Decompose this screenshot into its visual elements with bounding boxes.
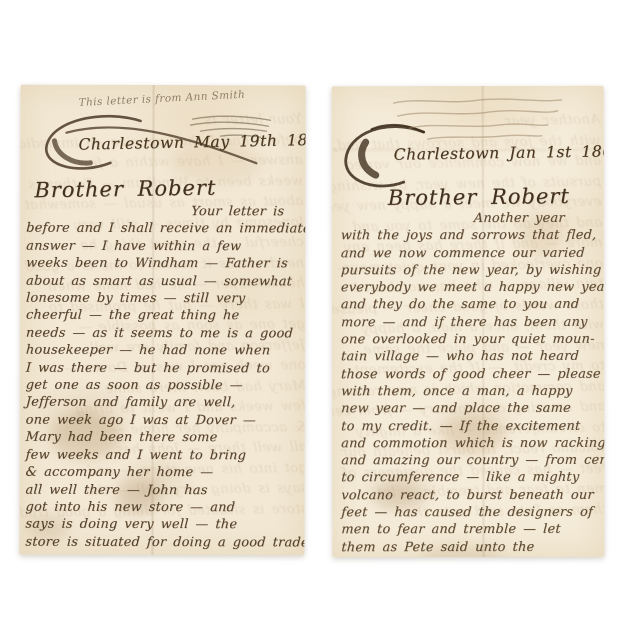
handwriting-line: them as Pete said unto the (341, 538, 600, 556)
handwriting-line: about as smart as usual — somewhat (26, 272, 301, 290)
handwriting-line: feet — has caused the designers of (341, 504, 600, 522)
handwriting-line: pursuits of the new year, by wishing (340, 262, 599, 280)
letter-right: Another yearwith the joys and sorrows th… (332, 86, 605, 557)
handwriting-line: weeks been to Windham — Father is (26, 255, 301, 273)
handwriting-line: to circumference — like a mighty (341, 469, 600, 487)
handwriting-line: and we now commence our varied (340, 244, 599, 262)
handwriting-line: one week ago I was at Dover — (25, 412, 300, 430)
handwriting-line: with the joys and sorrows that fled, (340, 227, 599, 245)
handwriting-line: to my credit. — If the excitement (341, 417, 600, 435)
handwriting-line: needs — as it seems to me is a good (25, 324, 300, 342)
handwriting-line: store is situated for doing a good trade… (25, 533, 300, 551)
handwriting-line: volcano react, to burst beneath our (341, 487, 600, 505)
letter-salutation: Brother Robert (388, 184, 570, 210)
handwriting-line: new year — and place the same (341, 400, 600, 418)
handwriting-line: all well there — John has (25, 481, 300, 499)
handwriting-line: tain village — who has not heard (341, 348, 600, 366)
handwriting-line: Mary had been there some (25, 429, 300, 447)
handwriting-line: and amazing our country — from centre (341, 452, 600, 470)
handwriting-line: get one as soon as possible — (25, 377, 300, 395)
handwriting-line: I was there — but he promised to (25, 359, 300, 377)
handwriting-line: more — and if there has been any (341, 314, 600, 332)
handwriting-line: before and I shall receive an immediate (26, 220, 301, 238)
letter-dateline: Charlestown Jan 1st 1861. (394, 142, 605, 164)
letter-body: Your letter isbefore and I shall receive… (25, 203, 300, 552)
letter-left: Your letter isbefore and I shall receive… (19, 85, 305, 556)
handwriting-line: with them, once a man, a happy (341, 383, 600, 401)
handwriting-line: Jefferson and family are well, (25, 394, 300, 412)
faint-pencil-note-icon (388, 95, 570, 145)
letter-salutation: Brother Robert (34, 176, 216, 203)
handwriting-line: cheerful — the great thing he (26, 307, 301, 325)
handwriting-line: one overlooked in your quiet moun- (341, 331, 600, 349)
handwriting-line: everybody we meet a happy new year (341, 279, 600, 297)
handwriting-line: few weeks and I went to bring (25, 446, 300, 464)
handwriting-line: and commotion which is now racking (341, 435, 600, 453)
handwriting-line: & accompany her home — (25, 464, 300, 482)
handwriting-line: Another year (340, 210, 599, 228)
handwriting-line: those words of good cheer — please (341, 365, 600, 383)
photo-background: Your letter isbefore and I shall receive… (0, 0, 635, 635)
handwriting-line: housekeeper — he had none when (25, 342, 300, 360)
handwriting-line: lonesome by times — still very (26, 290, 301, 308)
handwriting-line: men to fear and tremble — let (341, 521, 600, 539)
letter-body: Another yearwith the joys and sorrows th… (341, 210, 600, 556)
handwriting-line: says is doing very well — the (25, 516, 300, 534)
handwriting-line: and they do the same to you and (341, 296, 600, 314)
handwriting-line: Your letter is (26, 203, 301, 221)
handwriting-line: answer — I have within a few (26, 237, 301, 255)
handwriting-line: got into his new store — and (25, 499, 300, 517)
